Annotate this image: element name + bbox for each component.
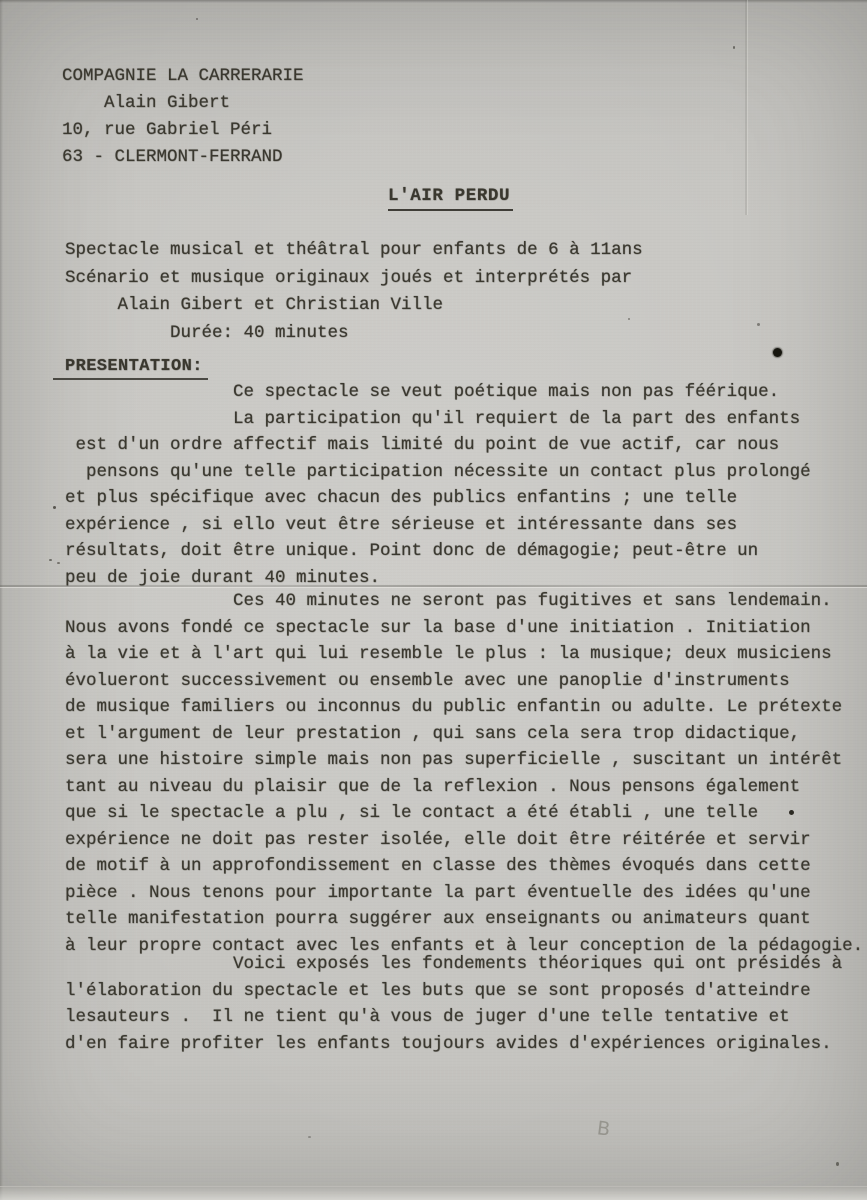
- presentation-heading: PRESENTATION:: [53, 357, 208, 380]
- text-line: Ces 40 minutes ne seront pas fugitives e…: [65, 588, 867, 615]
- text-line: Voici exposés les fondements théoriques …: [65, 951, 867, 978]
- text-line: résultats, doit être unique. Point donc …: [65, 538, 867, 565]
- text-line: et l'argument de leur prestation , qui s…: [65, 721, 867, 748]
- margin-ink-speck: [53, 506, 56, 509]
- scanned-document-page: COMPAGNIE LA CARRERARIE Alain Gibert10, …: [0, 0, 867, 1200]
- text-line: expérience , si ello veut être sérieuse …: [65, 512, 867, 539]
- text-line: Scénario et musique originaux joués et i…: [65, 265, 643, 293]
- paper-speck: [836, 1162, 839, 1166]
- ink-dot-large: [773, 348, 782, 357]
- margin-ink-speck: [49, 559, 52, 561]
- scan-top-edge: [0, 0, 867, 3]
- text-line: lesauteurs . Il ne tient qu'à vous de ju…: [65, 1004, 867, 1031]
- paragraph: Ce spectacle se veut poétique mais non p…: [65, 379, 867, 591]
- text-line: Ce spectacle se veut poétique mais non p…: [65, 379, 867, 406]
- text-line: Alain Gibert et Christian Ville: [65, 292, 643, 320]
- paragraph: Voici exposés les fondements théoriques …: [65, 951, 867, 1057]
- text-line: que si le spectacle a plu , si le contac…: [65, 800, 867, 827]
- text-line: tant au niveau du plaisir que de la refl…: [65, 774, 867, 801]
- text-line: sera une histoire simple mais non pas su…: [65, 747, 867, 774]
- text-line: expérience ne doit pas rester isolée, el…: [65, 827, 867, 854]
- pencil-mark: B: [596, 1117, 612, 1140]
- horizontal-fold-crease: [0, 585, 867, 587]
- text-line: Nous avons fondé ce spectacle sur la bas…: [65, 615, 867, 642]
- scan-left-edge: [0, 0, 3, 1200]
- text-line: COMPAGNIE LA CARRERARIE: [62, 63, 304, 90]
- text-line: La participation qu'il requiert de la pa…: [65, 406, 867, 433]
- text-line: de musique familiers ou inconnus du publ…: [65, 694, 867, 721]
- text-line: évolueront successivement ou ensemble av…: [65, 668, 867, 695]
- text-line: Alain Gibert: [62, 90, 304, 117]
- vertical-fold-crease: [745, 0, 747, 215]
- paper-speck: [308, 1136, 311, 1138]
- document-title: L'AIR PERDU: [388, 186, 513, 211]
- text-line: Durée: 40 minutes: [65, 320, 643, 348]
- paper-speck: [757, 323, 760, 326]
- text-line: pensons qu'une telle participation néces…: [65, 459, 867, 486]
- text-line: pièce . Nous tenons pour importante la p…: [65, 880, 867, 907]
- text-line: 10, rue Gabriel Péri: [62, 117, 304, 144]
- margin-ink-speck: [57, 562, 60, 564]
- text-line: l'élaboration du spectacle et les buts q…: [65, 978, 867, 1005]
- scan-bottom-edge: [0, 1186, 867, 1200]
- text-line: est d'un ordre affectif mais limité du p…: [65, 432, 867, 459]
- text-line: 63 - CLERMONT-FERRAND: [62, 144, 304, 171]
- paper-speck: [733, 46, 735, 49]
- paper-speck: [196, 18, 198, 20]
- sender-address-block: COMPAGNIE LA CARRERARIE Alain Gibert10, …: [62, 63, 304, 171]
- paper-speck: [628, 318, 630, 320]
- text-line: et plus spécifique avec chacun des publi…: [65, 485, 867, 512]
- text-line: d'en faire profiter les enfants toujours…: [65, 1031, 867, 1058]
- text-line: Spectacle musical et théâtral pour enfan…: [65, 237, 643, 265]
- show-info-block: Spectacle musical et théâtral pour enfan…: [65, 237, 643, 347]
- ink-dot-small: [789, 810, 794, 815]
- text-line: à la vie et à l'art qui lui resemble le …: [65, 641, 867, 668]
- paragraph: Ces 40 minutes ne seront pas fugitives e…: [65, 588, 867, 959]
- text-line: telle manifestation pourra suggérer aux …: [65, 906, 867, 933]
- text-line: de motif à un approfondissement en class…: [65, 853, 867, 880]
